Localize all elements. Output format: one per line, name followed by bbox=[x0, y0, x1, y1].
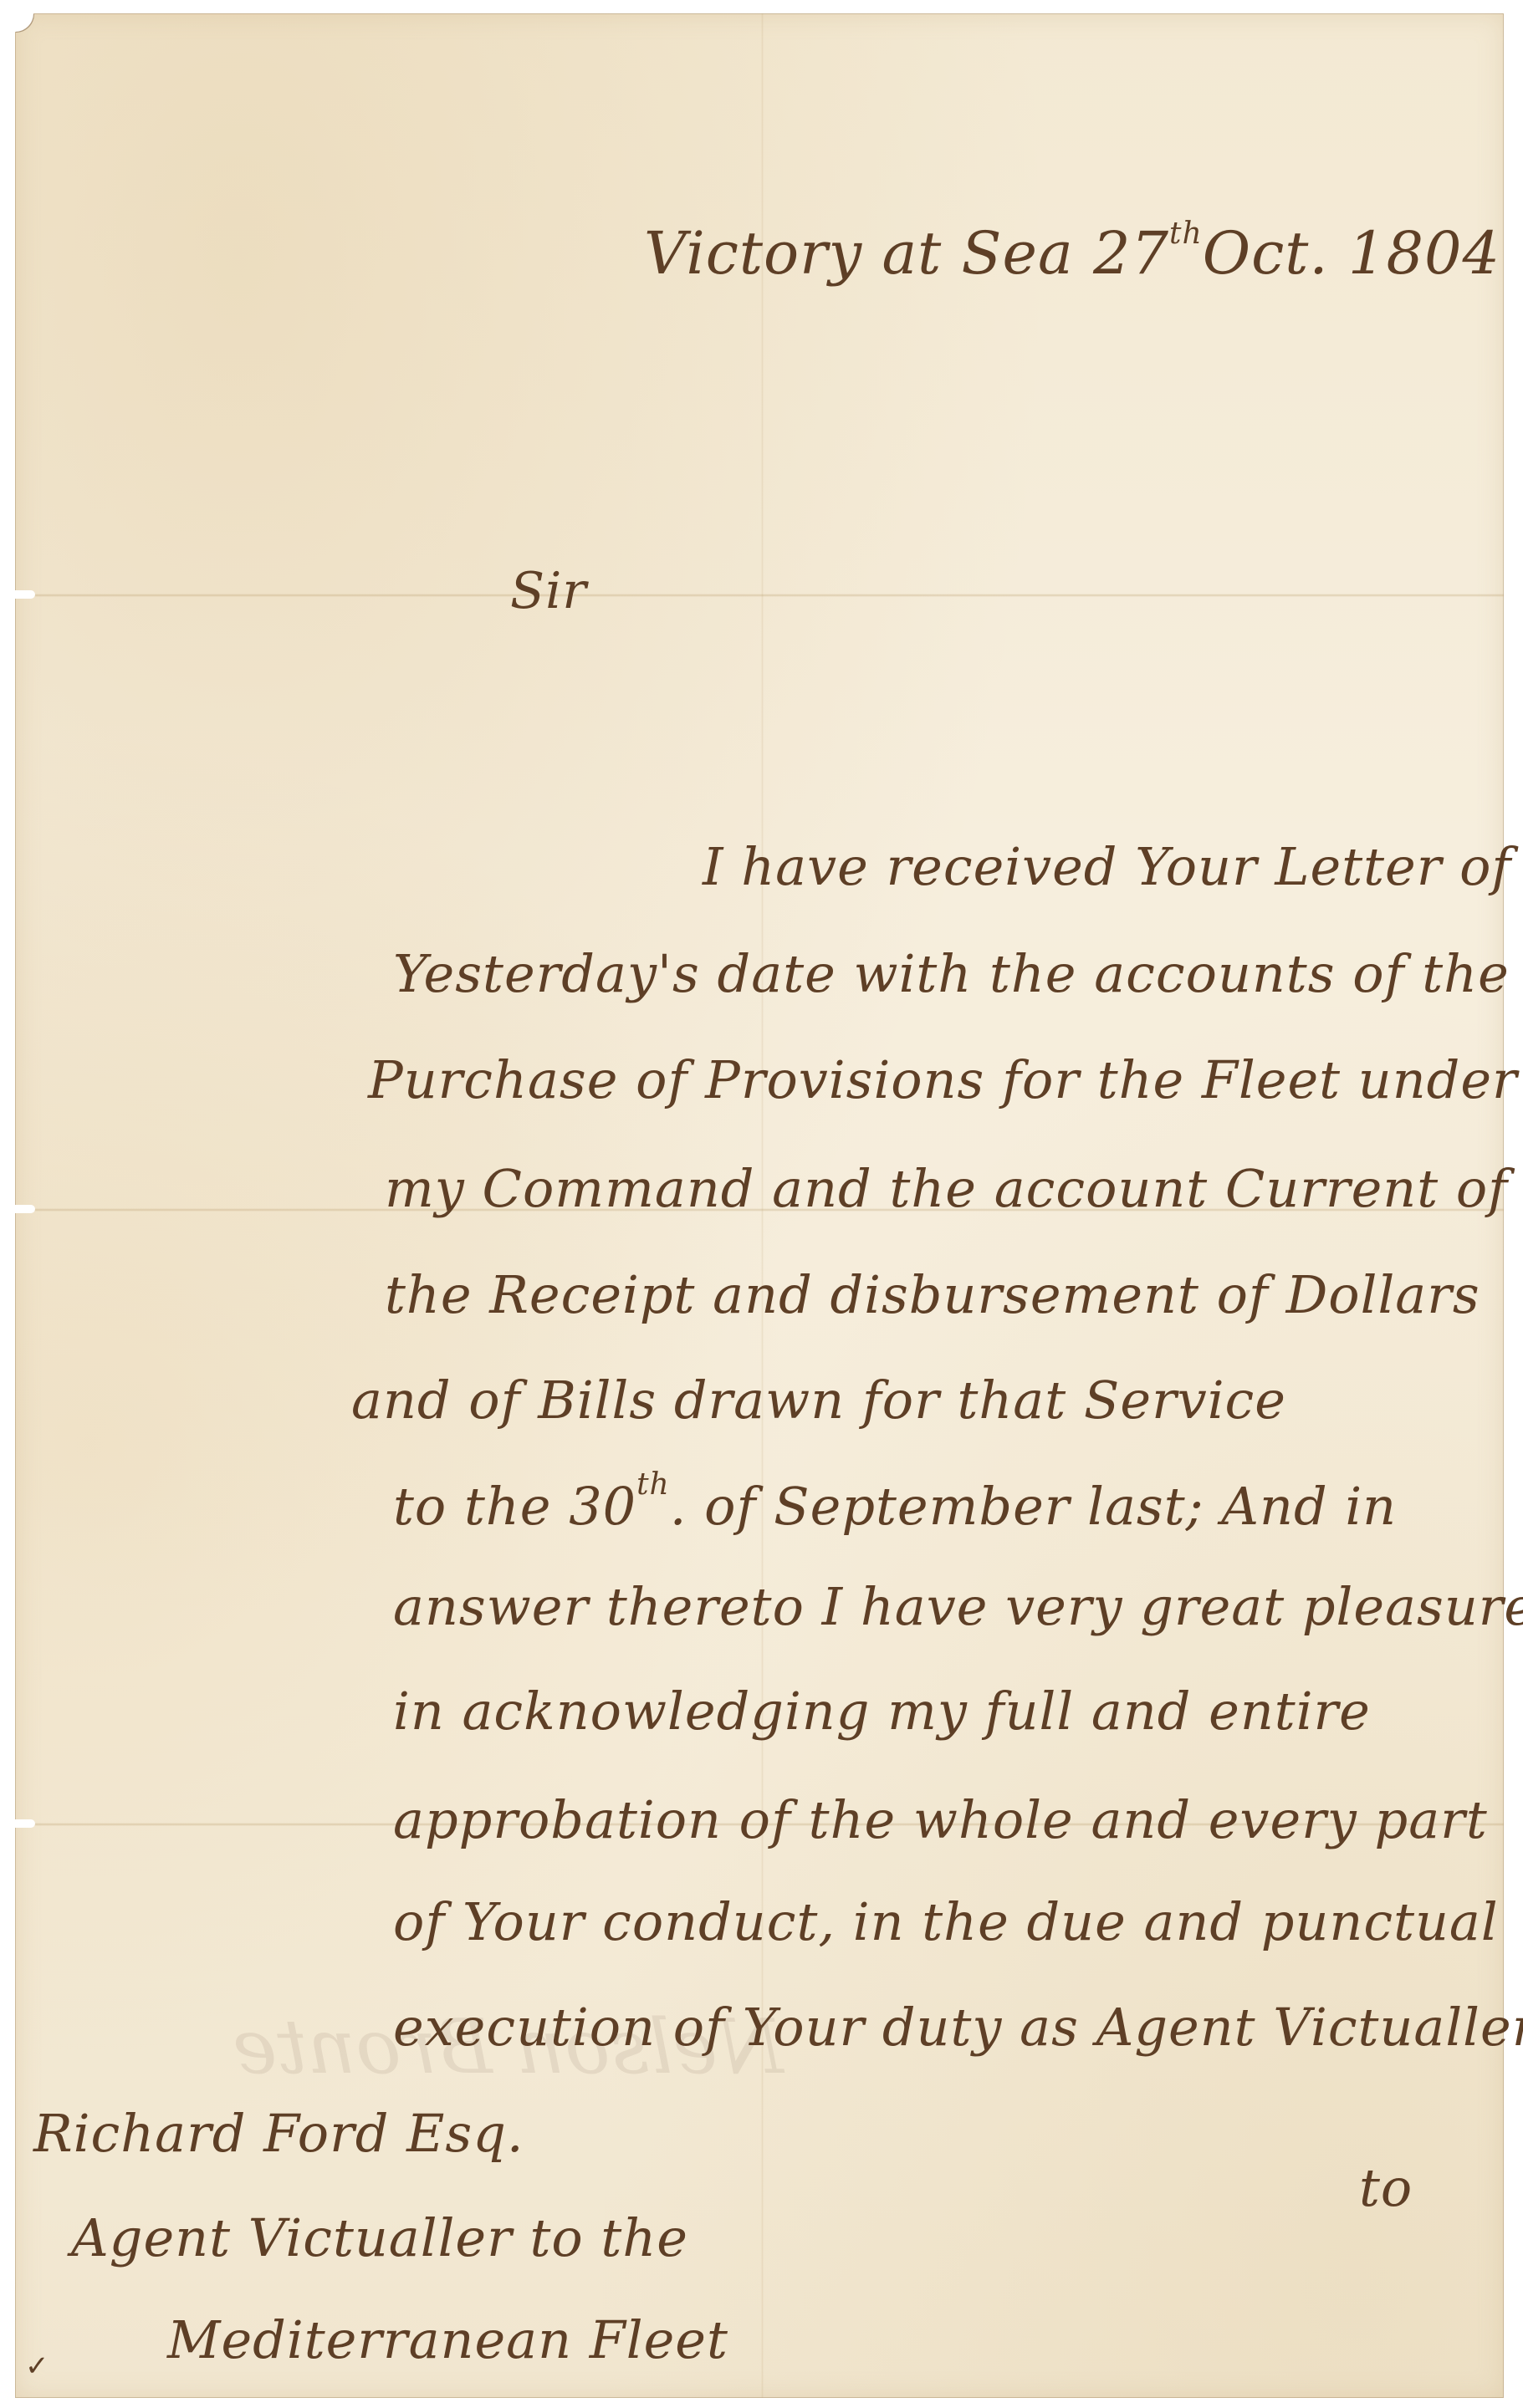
heading-month-year: Oct. 1804 bbox=[1203, 219, 1500, 288]
catchword: to bbox=[1359, 2157, 1413, 2218]
body-line: Yesterday's date with the accounts of th… bbox=[393, 943, 1510, 1004]
addressee-name: Richard Ford Esq. bbox=[33, 2103, 524, 2164]
body-line-rest: . of September last; And in bbox=[670, 1476, 1397, 1537]
addressee-title: Agent Victualler to the bbox=[71, 2207, 688, 2268]
heading-day: 27 bbox=[1093, 219, 1169, 288]
fold-notch bbox=[13, 1205, 35, 1213]
body-line: Purchase of Provisions for the Fleet und… bbox=[368, 1049, 1518, 1110]
body-line: in acknowledging my full and entire bbox=[393, 1681, 1371, 1742]
letter-heading: Victory at Sea 27thOct. 1804 bbox=[644, 219, 1500, 288]
body-line: and of Bills drawn for that Service bbox=[351, 1370, 1286, 1431]
salutation: Sir bbox=[510, 562, 587, 620]
body-line: the Receipt and disbursement of Dollars bbox=[385, 1264, 1480, 1325]
body-line: of Your conduct, in the due and punctual bbox=[393, 1891, 1499, 1952]
body-line: answer thereto I have very great pleasur… bbox=[393, 1576, 1523, 1637]
body-line-start: to the 30 bbox=[393, 1476, 636, 1537]
paper-corner bbox=[15, 13, 33, 32]
margin-tick-mark: ✓ bbox=[25, 2349, 49, 2383]
fold-notch bbox=[13, 1819, 35, 1828]
heading-day-suffix: th bbox=[1169, 217, 1203, 251]
body-line: I have received Your Letter of bbox=[703, 836, 1511, 897]
body-line: my Command and the account Current of bbox=[385, 1158, 1508, 1219]
fold-line bbox=[15, 594, 1504, 597]
addressee-fleet: Mediterranean Fleet bbox=[167, 2309, 728, 2370]
date-suffix: th bbox=[636, 1467, 670, 1502]
body-line: execution of Your duty as Agent Victuall… bbox=[393, 1997, 1523, 2058]
fold-notch bbox=[13, 590, 35, 599]
heading-place: Victory at Sea bbox=[644, 219, 1074, 288]
body-line-with-date: to the 30th. of September last; And in bbox=[393, 1476, 1397, 1537]
body-line: approbation of the whole and every part bbox=[393, 1789, 1488, 1850]
